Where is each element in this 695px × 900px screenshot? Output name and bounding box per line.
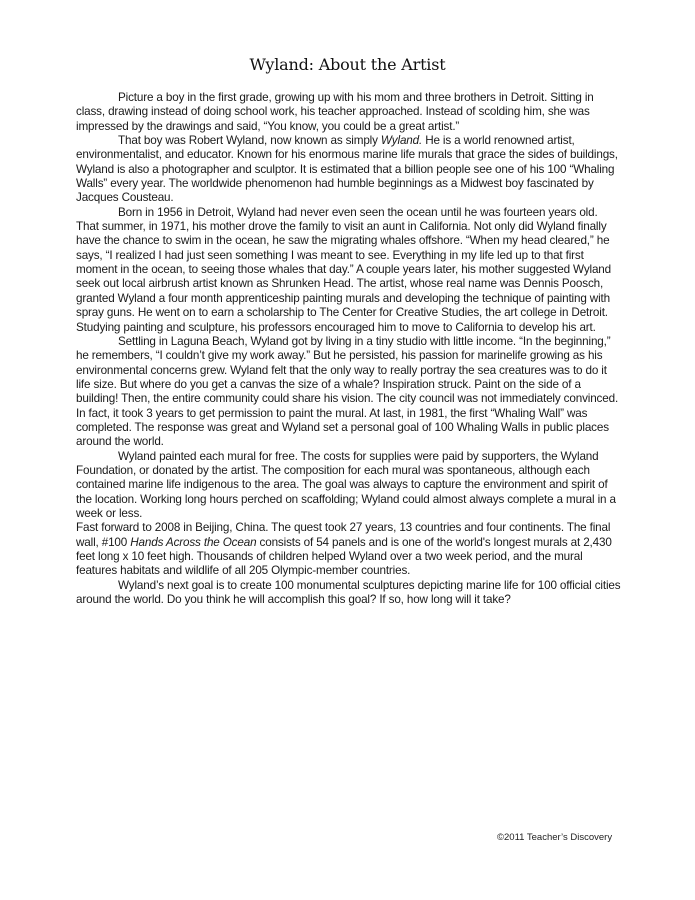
- paragraph-3: Born in 1956 in Detroit, Wyland had neve…: [76, 206, 621, 335]
- document-page: Wyland: About the Artist Picture a boy i…: [0, 0, 695, 900]
- paragraph-2: That boy was Robert Wyland, now known as…: [76, 134, 621, 206]
- paragraph-6: Fast forward to 2008 in Beijing, China. …: [76, 521, 621, 578]
- paragraph-1: Picture a boy in the first grade, growin…: [76, 91, 621, 134]
- paragraph-4: Settling in Laguna Beach, Wyland got by …: [76, 335, 621, 450]
- paragraph-2-italic: Wyland.: [381, 134, 422, 147]
- paragraph-5: Wyland painted each mural for free. The …: [76, 450, 621, 522]
- paragraph-6-italic: Hands Across the Ocean: [130, 536, 256, 549]
- document-body: Picture a boy in the first grade, growin…: [76, 91, 621, 607]
- copyright-footer: ©2011 Teacher’s Discovery: [497, 832, 612, 843]
- document-title: Wyland: About the Artist: [0, 55, 695, 74]
- paragraph-2-text-a: That boy was Robert Wyland, now known as…: [118, 134, 381, 147]
- paragraph-7: Wyland’s next goal is to create 100 monu…: [76, 579, 621, 608]
